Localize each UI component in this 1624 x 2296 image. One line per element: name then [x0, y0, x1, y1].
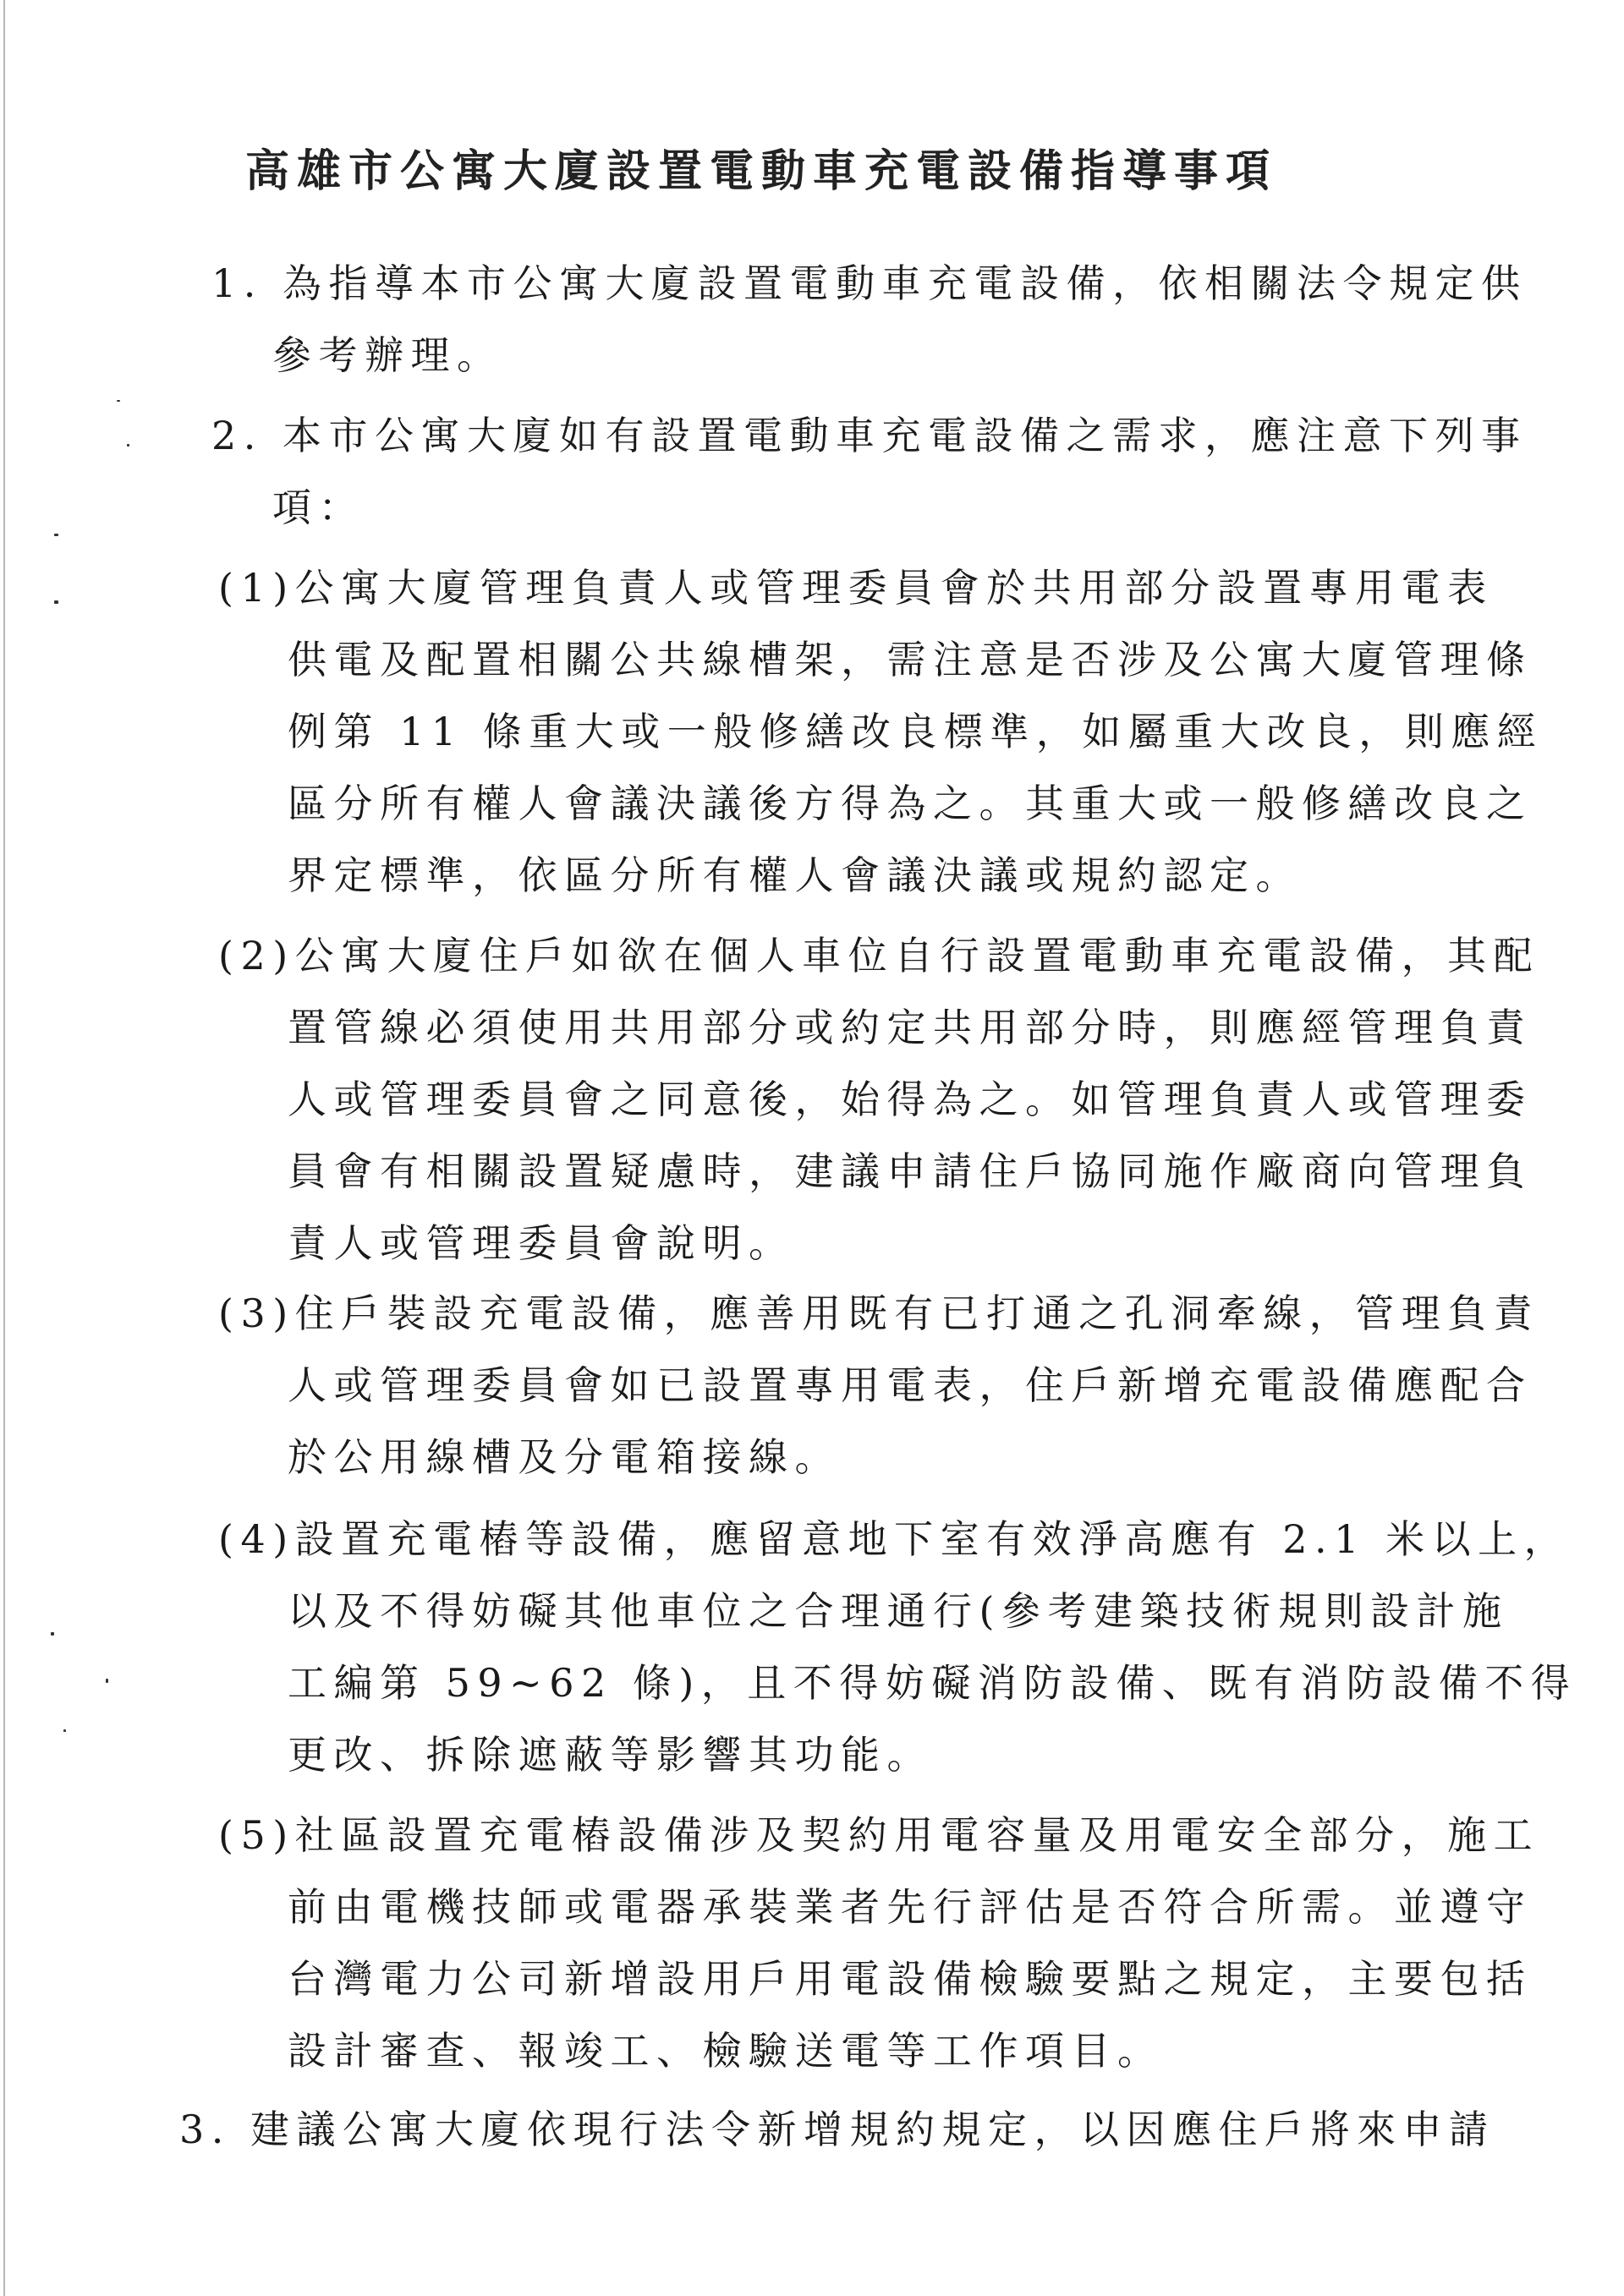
subitem-4-line-2: 以及不得妨礙其他車位之合理通行(參考建築技術規則設計施 — [288, 1586, 1508, 1636]
subitem-2-line-3: 人或管理委員會之同意後，始得為之。如管理負責人或管理委 — [288, 1074, 1533, 1125]
subitem-1-line-5: 界定標準，依區分所有權人會議決議或規約認定。 — [288, 850, 1302, 901]
subitem-marker: (4) — [218, 1514, 295, 1564]
subitem-2-line-4: 員會有相關設置疑慮時，建議申請住戶協同施作廠商向管理負 — [288, 1146, 1533, 1197]
subitem-text: 設置充電樁等設備，應留意地下室有效淨高應有 2.1 米以上， — [295, 1516, 1570, 1562]
subitem-4-line-3: 工編第 59~62 條)，且不得妨礙消防設備、既有消防設備不得 — [288, 1658, 1577, 1708]
subitem-3-line-1: (3)住戶裝設充電設備，應善用既有已打通之孔洞牽線，管理負責 — [218, 1288, 1539, 1339]
item-marker: 2. — [211, 410, 263, 461]
subitem-3-line-3: 於公用線槽及分電箱接線。 — [288, 1432, 841, 1482]
item-text: 建議公寓大廈依現行法令新增規約規定，以因應住戶將來申請 — [250, 2107, 1495, 2152]
subitem-4-line-1: (4)設置充電樁等設備，應留意地下室有效淨高應有 2.1 米以上， — [218, 1514, 1570, 1564]
subitem-5-line-4: 設計審查、報竣工、檢驗送電等工作項目。 — [288, 2025, 1164, 2076]
subitem-2-line-1: (2)公寓大廈住戶如欲在個人車位自行設置電動車充電設備，其配 — [218, 930, 1539, 981]
subitem-1-line-2: 供電及配置相關公共線槽架，需注意是否涉及公寓大廈管理條 — [288, 634, 1533, 685]
subitem-1-line-3: 例第 11 條重大或一般修繕改良標準，如屬重大改良，則應經 — [288, 706, 1543, 757]
scan-speck — [54, 534, 58, 536]
scan-speck — [51, 1632, 54, 1636]
scan-speck — [54, 600, 58, 604]
item-marker: 3. — [179, 2104, 231, 2155]
subitem-3-line-2: 人或管理委員會如已設置專用電表，住戶新增充電設備應配合 — [288, 1360, 1533, 1411]
subitem-marker: (1) — [218, 562, 295, 613]
document-title: 高雄市公寓大廈設置電動車充電設備指導事項 — [245, 135, 1379, 199]
item-3-line-1: 3. 建議公寓大廈依現行法令新增規約規定，以因應住戶將來申請 — [179, 2104, 1495, 2155]
subitem-marker: (5) — [218, 1810, 295, 1860]
subitem-5-line-1: (5)社區設置充電樁設備涉及契約用電容量及用電安全部分，施工 — [218, 1810, 1539, 1860]
scan-speck — [106, 1679, 108, 1683]
subitem-marker: (3) — [218, 1288, 295, 1339]
item-text: 為指導本市公寓大廈設置電動車充電設備，依相關法令規定供 — [283, 260, 1528, 306]
subitem-2-line-2: 置管線必須使用共用部分或約定共用部分時，則應經管理負責 — [288, 1002, 1533, 1053]
subitem-text: 公寓大廈住戶如欲在個人車位自行設置電動車充電設備，其配 — [295, 933, 1540, 978]
subitem-marker: (2) — [218, 930, 295, 981]
scan-speck — [63, 1729, 66, 1732]
item-marker: 1. — [211, 258, 263, 309]
subitem-5-line-3: 台灣電力公司新增設用戶用電設備檢驗要點之規定，主要包括 — [288, 1954, 1533, 2004]
subitem-1-line-1: (1)公寓大廈管理負責人或管理委員會於共用部分設置專用電表 — [218, 562, 1494, 613]
subitem-1-line-4: 區分所有權人會議決議後方得為之。其重大或一般修繕改良之 — [288, 778, 1533, 829]
subitem-5-line-2: 前由電機技師或電器承裝業者先行評估是否符合所需。並遵守 — [288, 1882, 1533, 1932]
item-2-line-1: 2. 本市公寓大廈如有設置電動車充電設備之需求，應注意下列事 — [211, 410, 1528, 461]
item-text: 本市公寓大廈如有設置電動車充電設備之需求，應注意下列事 — [283, 413, 1528, 458]
item-1-line-2: 參考辦理。 — [272, 330, 503, 381]
subitem-2-line-5: 責人或管理委員會說明。 — [288, 1218, 795, 1269]
item-2-line-2: 項： — [272, 482, 365, 533]
item-1-line-1: 1. 為指導本市公寓大廈設置電動車充電設備，依相關法令規定供 — [211, 258, 1528, 309]
subitem-text: 住戶裝設充電設備，應善用既有已打通之孔洞牽線，管理負責 — [295, 1290, 1540, 1336]
subitem-text: 公寓大廈管理負責人或管理委員會於共用部分設置專用電表 — [295, 565, 1494, 611]
scan-speck — [127, 444, 129, 447]
subitem-text: 社區設置充電樁設備涉及契約用電容量及用電安全部分，施工 — [295, 1812, 1540, 1858]
subitem-4-line-4: 更改、拆除遮蔽等影響其功能。 — [288, 1729, 933, 1780]
scan-edge-line — [3, 0, 5, 2296]
scan-speck — [117, 400, 120, 402]
